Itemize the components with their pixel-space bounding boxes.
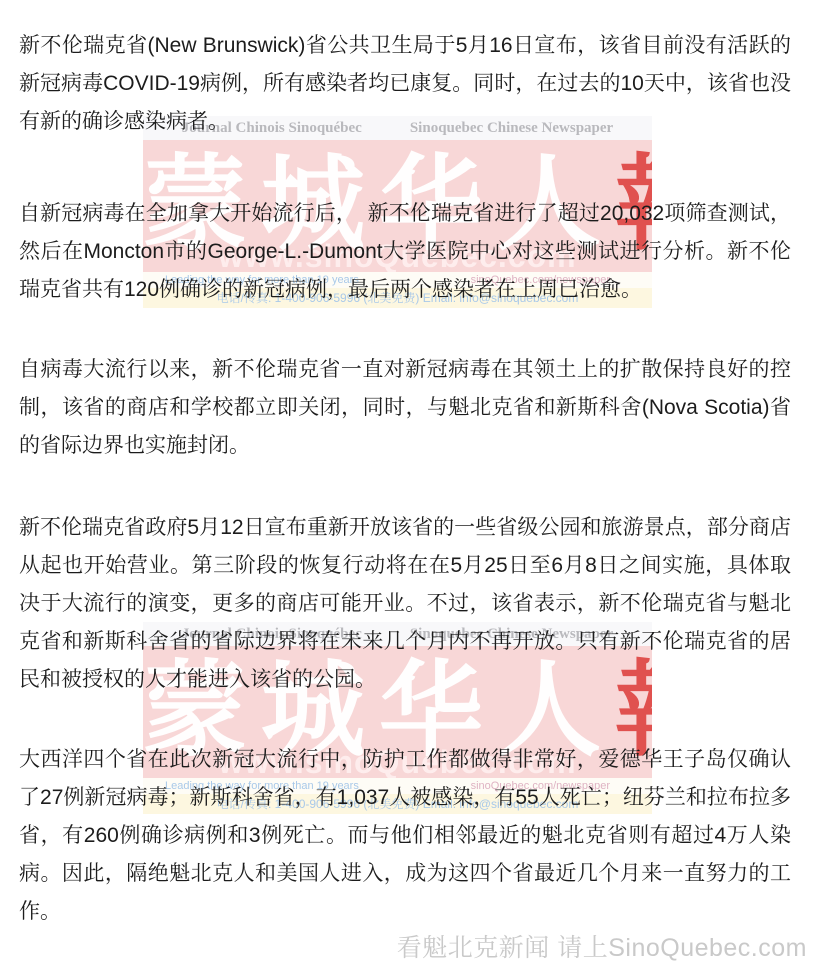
article-paragraph: 新不伦瑞克省政府5月12日宣布重新开放该省的一些省级公园和旅游景点，部分商店从起…	[19, 509, 791, 699]
footer-promo-text: 看魁北克新闻 请上SinoQuebec.com	[397, 928, 807, 964]
article-paragraph: 新不伦瑞克省(New Brunswick)省公共卫生局于5月16日宣布，该省目前…	[19, 27, 791, 141]
article-paragraph: 自病毒大流行以来，新不伦瑞克省一直对新冠病毒在其领土上的扩散保持良好的控制，该省…	[19, 351, 791, 465]
article-paragraph: 大西洋四个省在此次新冠大流行中，防护工作都做得非常好，爱德华王子岛仅确认了27例…	[19, 741, 791, 931]
article-paragraph: 自新冠病毒在全加拿大开始流行后， 新不伦瑞克省进行了超过20,032项筛查测试，…	[19, 195, 791, 309]
article-page: Journal Chinois Sinoquébec Sinoquebec Ch…	[0, 0, 815, 965]
